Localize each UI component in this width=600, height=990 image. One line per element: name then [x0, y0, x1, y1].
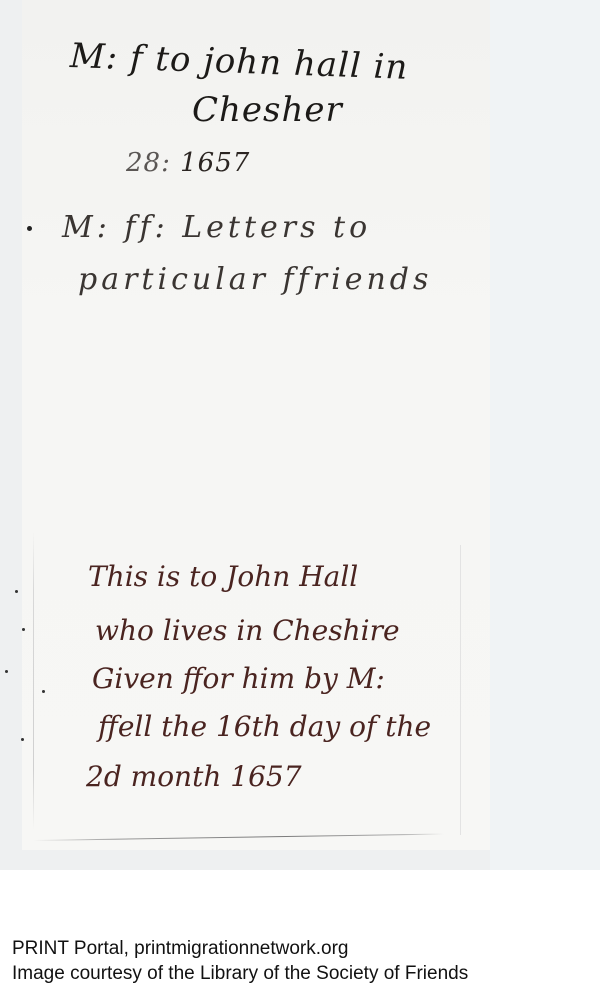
caption-source: PRINT Portal, printmigrationnetwork.org	[12, 936, 468, 961]
ink-speck	[21, 738, 24, 741]
ink-dot	[27, 226, 32, 231]
fold-crease-vertical	[33, 530, 34, 830]
docket-date-year: 1657	[180, 148, 250, 178]
address-line-3: Given ffor him by M:	[92, 662, 385, 695]
note-line-1: M: ff: Letters to	[62, 210, 371, 245]
image-caption: PRINT Portal, printmigrationnetwork.org …	[12, 936, 468, 986]
manuscript-scan: M: f to john hall in Chesher 28: 1657 M:…	[0, 0, 600, 870]
address-line-1: This is to John Hall	[88, 560, 358, 593]
ink-speck	[22, 628, 25, 631]
paper-backing	[490, 0, 600, 870]
ink-speck	[5, 670, 8, 673]
address-line-2: who lives in Cheshire	[95, 614, 400, 647]
address-line-5: 2d month 1657	[86, 760, 302, 793]
ink-speck	[42, 690, 45, 693]
docket-date-day: 28:	[126, 148, 171, 178]
docket-date: 28: 1657	[126, 148, 250, 178]
ink-speck	[15, 590, 18, 593]
docket-line-2: Chesher	[192, 90, 343, 130]
note-line-2: particular ffriends	[78, 262, 432, 297]
caption-credit: Image courtesy of the Library of the Soc…	[12, 961, 468, 986]
address-line-4: ffell the 16th day of the	[98, 710, 431, 743]
